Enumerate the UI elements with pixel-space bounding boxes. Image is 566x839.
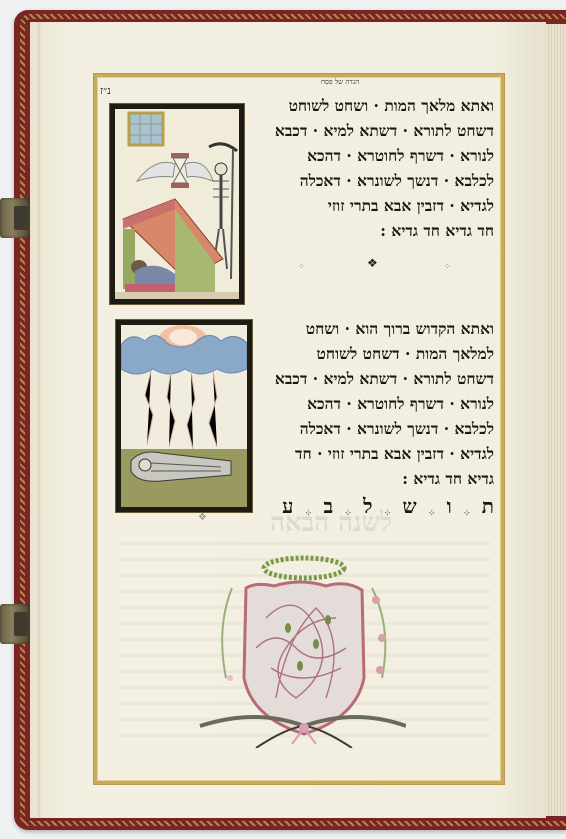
text-line: דשחט לתורא · דשתא למיא · דכבא: [250, 366, 494, 391]
clasp-top: [0, 198, 30, 238]
text-line: למלאך המות · דשחט לשוחט: [250, 341, 494, 366]
acrostic-dot: ⁘: [463, 509, 471, 519]
text-line: לכלבא · דנשך לשונרא · דאכלה: [246, 168, 494, 193]
illustration-resurrection: [116, 320, 252, 512]
acrostic-letter: ל: [363, 494, 372, 519]
acrostic-dot: ⁘: [344, 509, 352, 519]
illustration-angel-of-death: [110, 104, 244, 304]
text-line: ואתא מלאך המות · ושחט לשוחט: [246, 93, 494, 118]
acrostic-dot: ⁘: [384, 509, 392, 519]
ornament-dot-under-illustration: ❖: [198, 512, 207, 523]
ornament-dot-right: ⁘: [444, 262, 451, 271]
page-fore-edge: [546, 24, 566, 816]
folio-number: נ״ז: [100, 84, 111, 97]
text-line: חד גדיא חד גדיא :: [246, 218, 494, 243]
text-line: לגדיא · דזבין אבא בתרי זוזי: [246, 193, 494, 218]
text-line: לכלבא · דנשך לשונרא · דאכלה: [250, 416, 494, 441]
monogram-emblem: [196, 548, 406, 748]
angel-of-death-painting: [115, 109, 239, 299]
acrostic-letter: ו: [447, 494, 452, 519]
acrostic-dot: ⁘: [305, 509, 313, 519]
text-line: גדיא חד גדיא :: [250, 466, 494, 491]
text-line: ואתא הקדוש ברוך הוא · ושחט: [250, 316, 494, 341]
acrostic-dot: ⁘: [428, 509, 436, 519]
text-line: לנורא · דשרף לחוטרא · דהכא: [250, 391, 494, 416]
running-head: הגדה של פסח: [280, 78, 400, 86]
page-gutter: [38, 22, 42, 818]
acrostic-letter: ב: [323, 494, 333, 519]
acrostic-letter: ש: [402, 494, 416, 519]
text-block-holy-one: ואתא הקדוש ברוך הוא · ושחט למלאך המות · …: [250, 316, 494, 491]
text-line: לנורא · דשרף לחוטרא · דהכא: [246, 143, 494, 168]
clasp-bottom: [0, 604, 30, 644]
acrostic-letter: ת: [482, 494, 494, 519]
ornament-fleuron: ❖: [367, 256, 378, 270]
ornament-dot-left: ⁘: [298, 262, 305, 271]
emblem-drawing: [196, 548, 406, 748]
acrostic-letter: ע: [282, 494, 293, 519]
text-line: לגדיא · דזבין אבא בתרי זוזי · חד: [250, 441, 494, 466]
resurrection-painting: [121, 325, 247, 507]
acrostic-letters: ת ⁘ ו ⁘ ש ⁘ ל ⁘ ב ⁘ ע: [282, 494, 494, 519]
text-line: דשחט לתורא · דשתא למיא · דכבא: [246, 118, 494, 143]
text-block-angel-of-death: ואתא מלאך המות · ושחט לשוחט דשחט לתורא ·…: [246, 93, 494, 243]
